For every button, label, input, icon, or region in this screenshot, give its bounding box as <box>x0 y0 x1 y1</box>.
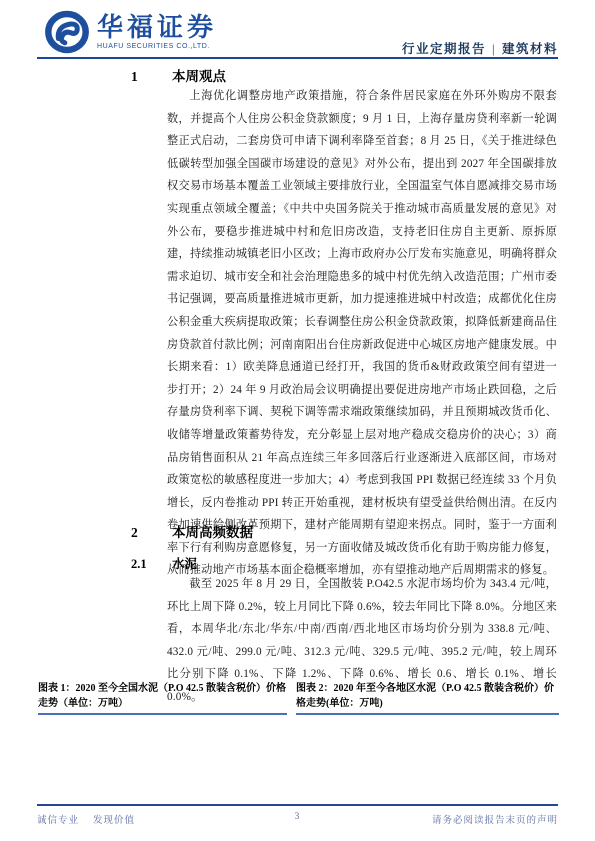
section-2-number: 2 <box>131 525 172 540</box>
logo-name-en: HUAFU SECURITIES CO.,LTD. <box>97 42 217 51</box>
footer-disclaimer: 请务必阅读报告末页的声明 <box>432 812 558 826</box>
figure-1: 图表 1：2020 至今全国水泥（P.O 42.5 散装含税价）价格走势（单位：… <box>38 682 287 801</box>
logo-name-cn: 华福证券 <box>97 14 217 42</box>
report-page: 华福证券 HUAFU SECURITIES CO.,LTD. 行业定期报告|建筑… <box>0 0 595 841</box>
logo-text: 华福证券 HUAFU SECURITIES CO.,LTD. <box>97 14 217 51</box>
huafu-logo: 华福证券 HUAFU SECURITIES CO.,LTD. <box>44 9 217 55</box>
figure-1-caption: 图表 1：2020 至今全国水泥（P.O 42.5 散装含税价）价格走势（单位：… <box>38 682 287 715</box>
figures-row: 图表 1：2020 至今全国水泥（P.O 42.5 散装含税价）价格走势（单位：… <box>38 682 559 801</box>
report-type-label: 行业定期报告|建筑材料 <box>402 39 558 57</box>
header-divider <box>37 57 558 59</box>
section-2-1-heading: 2.1 水泥 <box>131 557 555 572</box>
figure-1-chart-area <box>38 715 287 801</box>
footer-divider <box>37 804 558 806</box>
report-type: 行业定期报告 <box>402 42 486 56</box>
section-2-1-title: 水泥 <box>172 557 197 572</box>
figure-2-caption: 图表 2：2020 年至今各地区水泥（P.O 42.5 散装含税价）价格走势(单… <box>296 682 559 715</box>
figure-2: 图表 2：2020 年至今各地区水泥（P.O 42.5 散装含税价）价格走势(单… <box>296 682 559 801</box>
section-2-1-number: 2.1 <box>131 557 172 572</box>
section-1-title: 本周观点 <box>172 69 226 84</box>
industry-name: 建筑材料 <box>502 42 558 56</box>
page-header: 华福证券 HUAFU SECURITIES CO.,LTD. 行业定期报告|建筑… <box>44 8 558 57</box>
figure-2-chart-area <box>296 715 559 801</box>
section-1-heading: 1 本周观点 <box>131 69 555 84</box>
page-footer: 诚信专业 发现价值 3 请务必阅读报告末页的声明 <box>37 810 558 826</box>
section-2-title: 本周高频数据 <box>172 525 253 540</box>
section-1-paragraph: 上海优化调整房地产政策措施，符合条件居民家庭在外环外购房不限套数，并提高个人住房… <box>167 85 557 582</box>
header-separator: | <box>486 42 502 56</box>
section-2-heading: 2 本周高频数据 <box>131 525 555 540</box>
section-1-number: 1 <box>131 69 172 84</box>
huafu-logo-icon <box>44 9 90 55</box>
